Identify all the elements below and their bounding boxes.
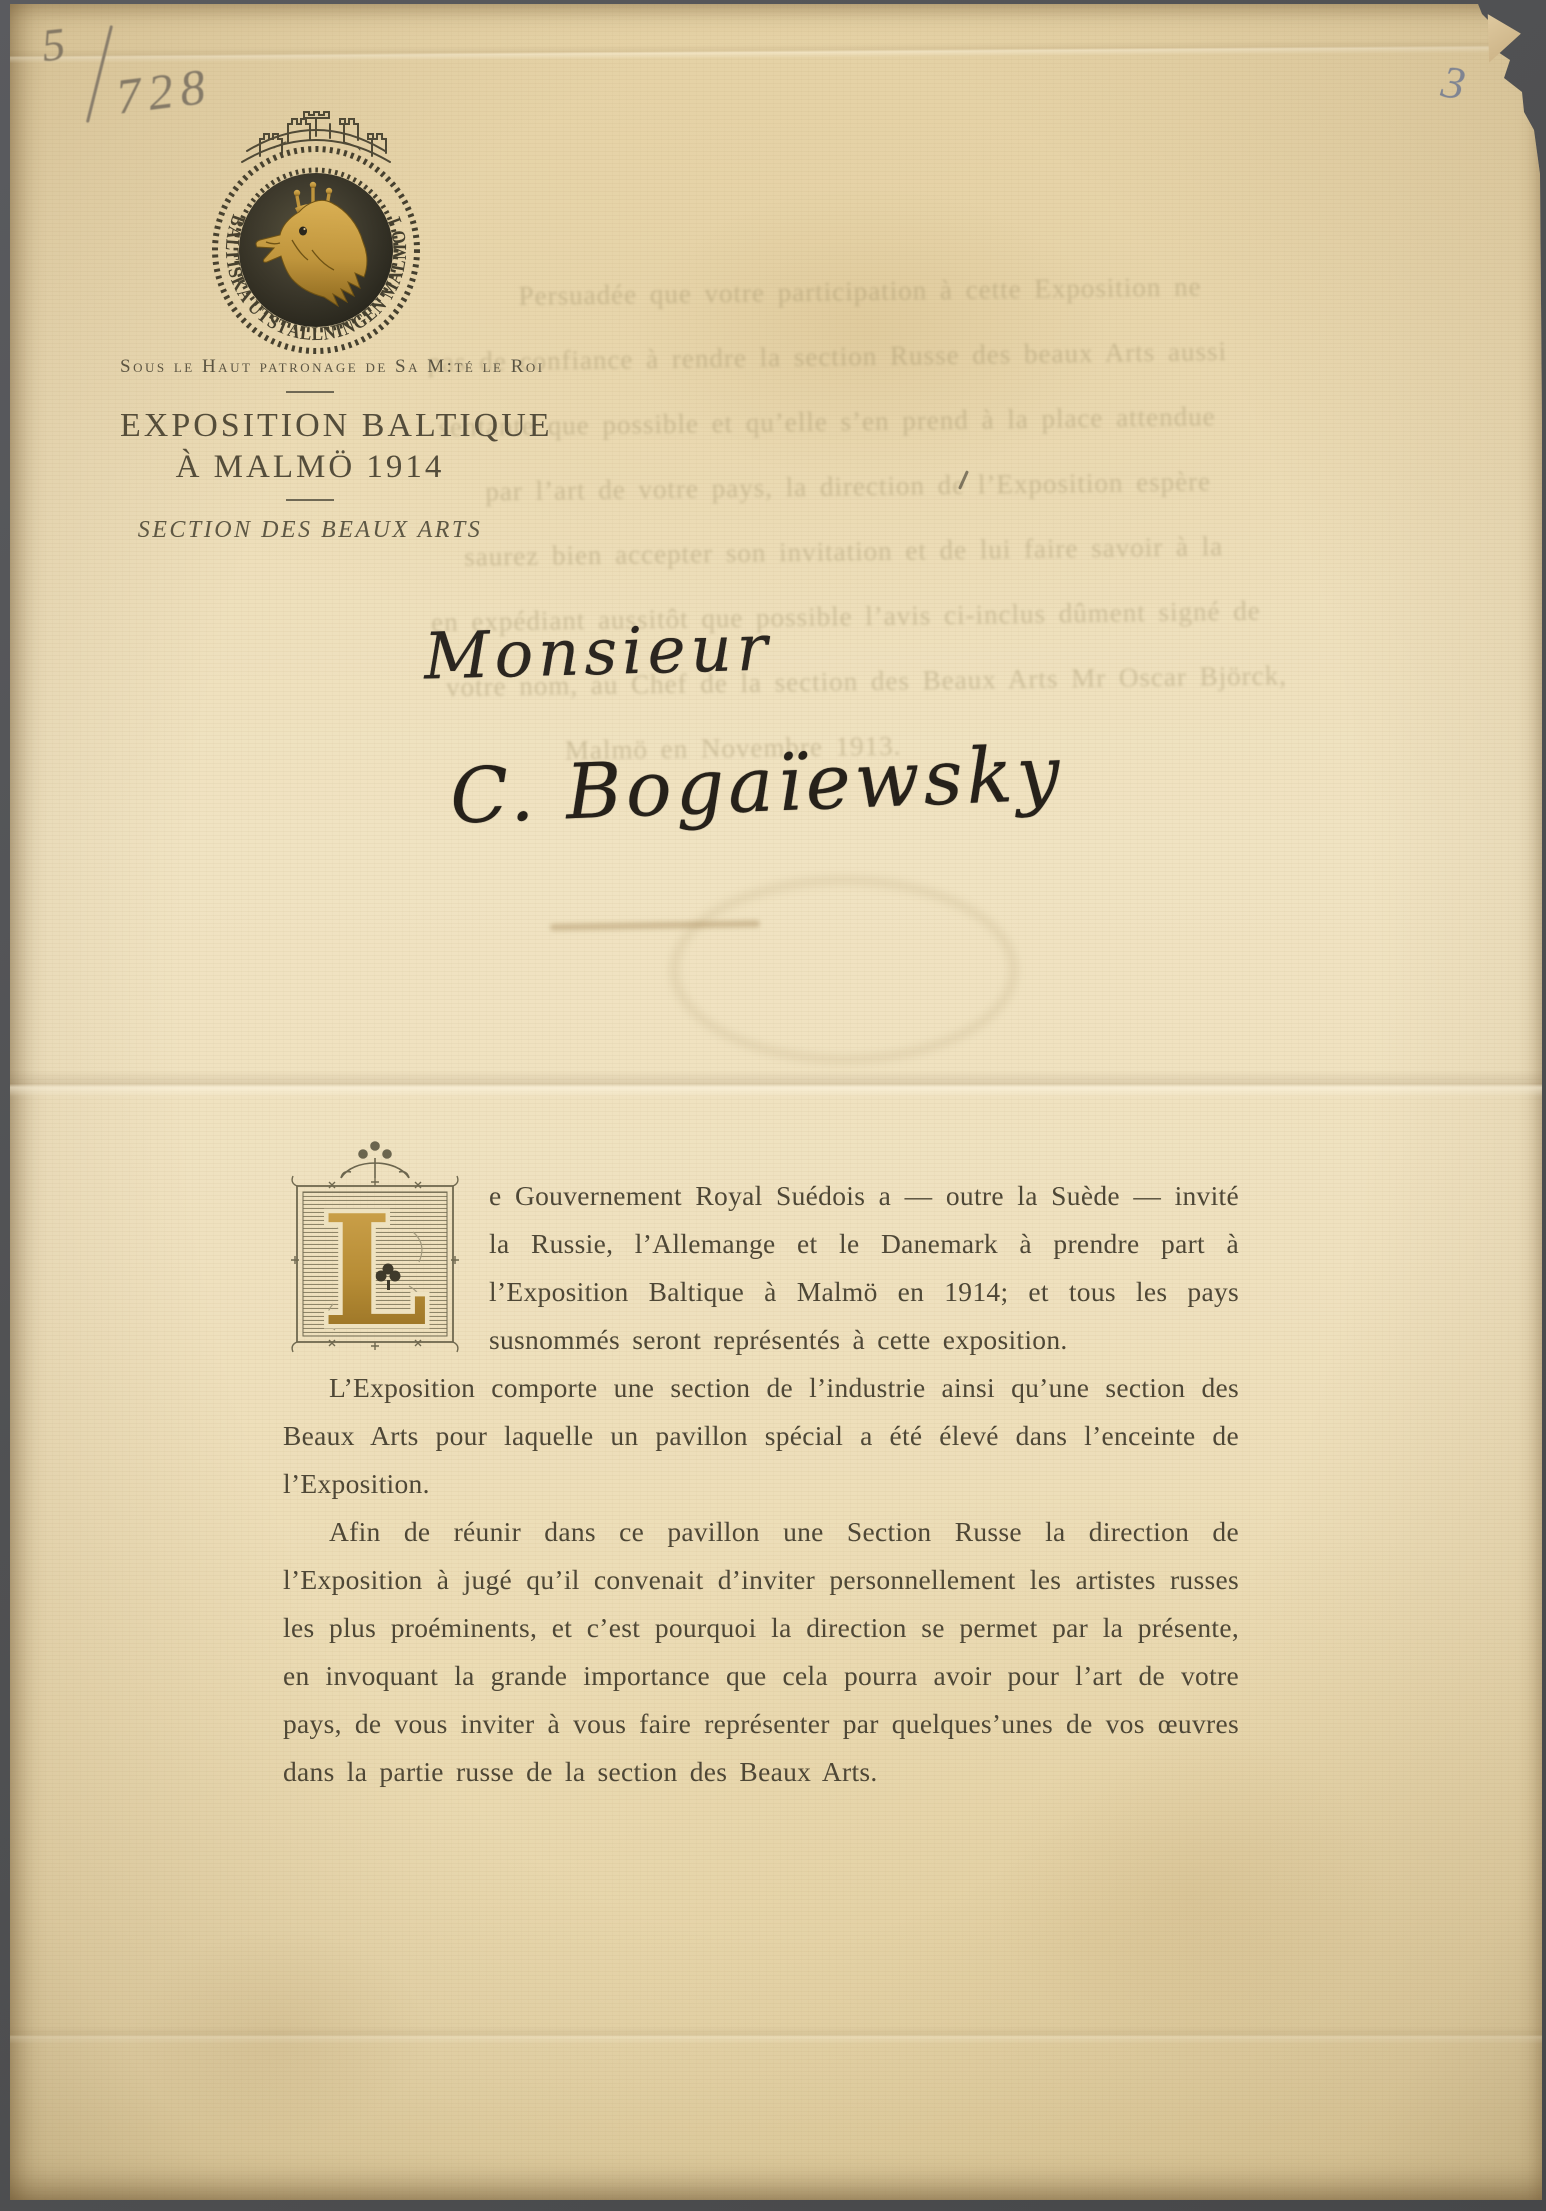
letter-body: L e Gouvernement Royal Suédois a — outre… bbox=[283, 1172, 1239, 1796]
body-paragraph: L’Exposition comporte une section de l’i… bbox=[283, 1364, 1239, 1508]
photograph-backdrop: Persuadée que votre participation à cett… bbox=[0, 0, 1546, 2211]
section-subtitle: SECTION DES BEAUX ARTS bbox=[120, 517, 500, 544]
divider-rule bbox=[286, 391, 334, 393]
initial-crown-ornament bbox=[341, 1142, 409, 1178]
exposition-title-line1: EXPOSITION BALTIQUE bbox=[120, 407, 500, 445]
letter-page: Persuadée que votre participation à cett… bbox=[10, 4, 1542, 2200]
exposition-title-line2: À MALMÖ 1914 bbox=[120, 449, 500, 486]
handwritten-salutation: Monsieur bbox=[423, 611, 773, 694]
mural-crown-icon bbox=[242, 112, 390, 162]
patronage-line: Sous le Haut patronage de Sa M:té le Roi bbox=[120, 356, 500, 378]
drop-cap-letter: L bbox=[321, 1181, 428, 1360]
pencil-slash bbox=[86, 25, 113, 123]
fold-crease bbox=[10, 1070, 1542, 1100]
archival-pencil-mark: 5 728 bbox=[34, 16, 224, 156]
illuminated-initial: L bbox=[283, 1172, 489, 1358]
page-number-pencil: 3 bbox=[1438, 55, 1469, 111]
divider-rule bbox=[286, 499, 334, 501]
fold-crease bbox=[10, 2026, 1542, 2044]
archival-number: 5 bbox=[39, 17, 67, 72]
baltic-exhibition-seal-icon: BALTISKA UTSTÄLLNINGEN MALMÖ 1914 bbox=[200, 90, 432, 358]
body-paragraph: Afin de réunir dans ce pavillon une Sect… bbox=[283, 1508, 1239, 1796]
letterhead: Sous le Haut patronage de Sa M:té le Roi… bbox=[120, 356, 500, 544]
fold-crease bbox=[10, 39, 1542, 64]
paper-stain bbox=[70, 1884, 490, 2184]
bleedthrough-text: Persuadée que votre participation à cett… bbox=[426, 270, 1333, 803]
bleedthrough-stamp bbox=[670, 876, 1018, 1064]
